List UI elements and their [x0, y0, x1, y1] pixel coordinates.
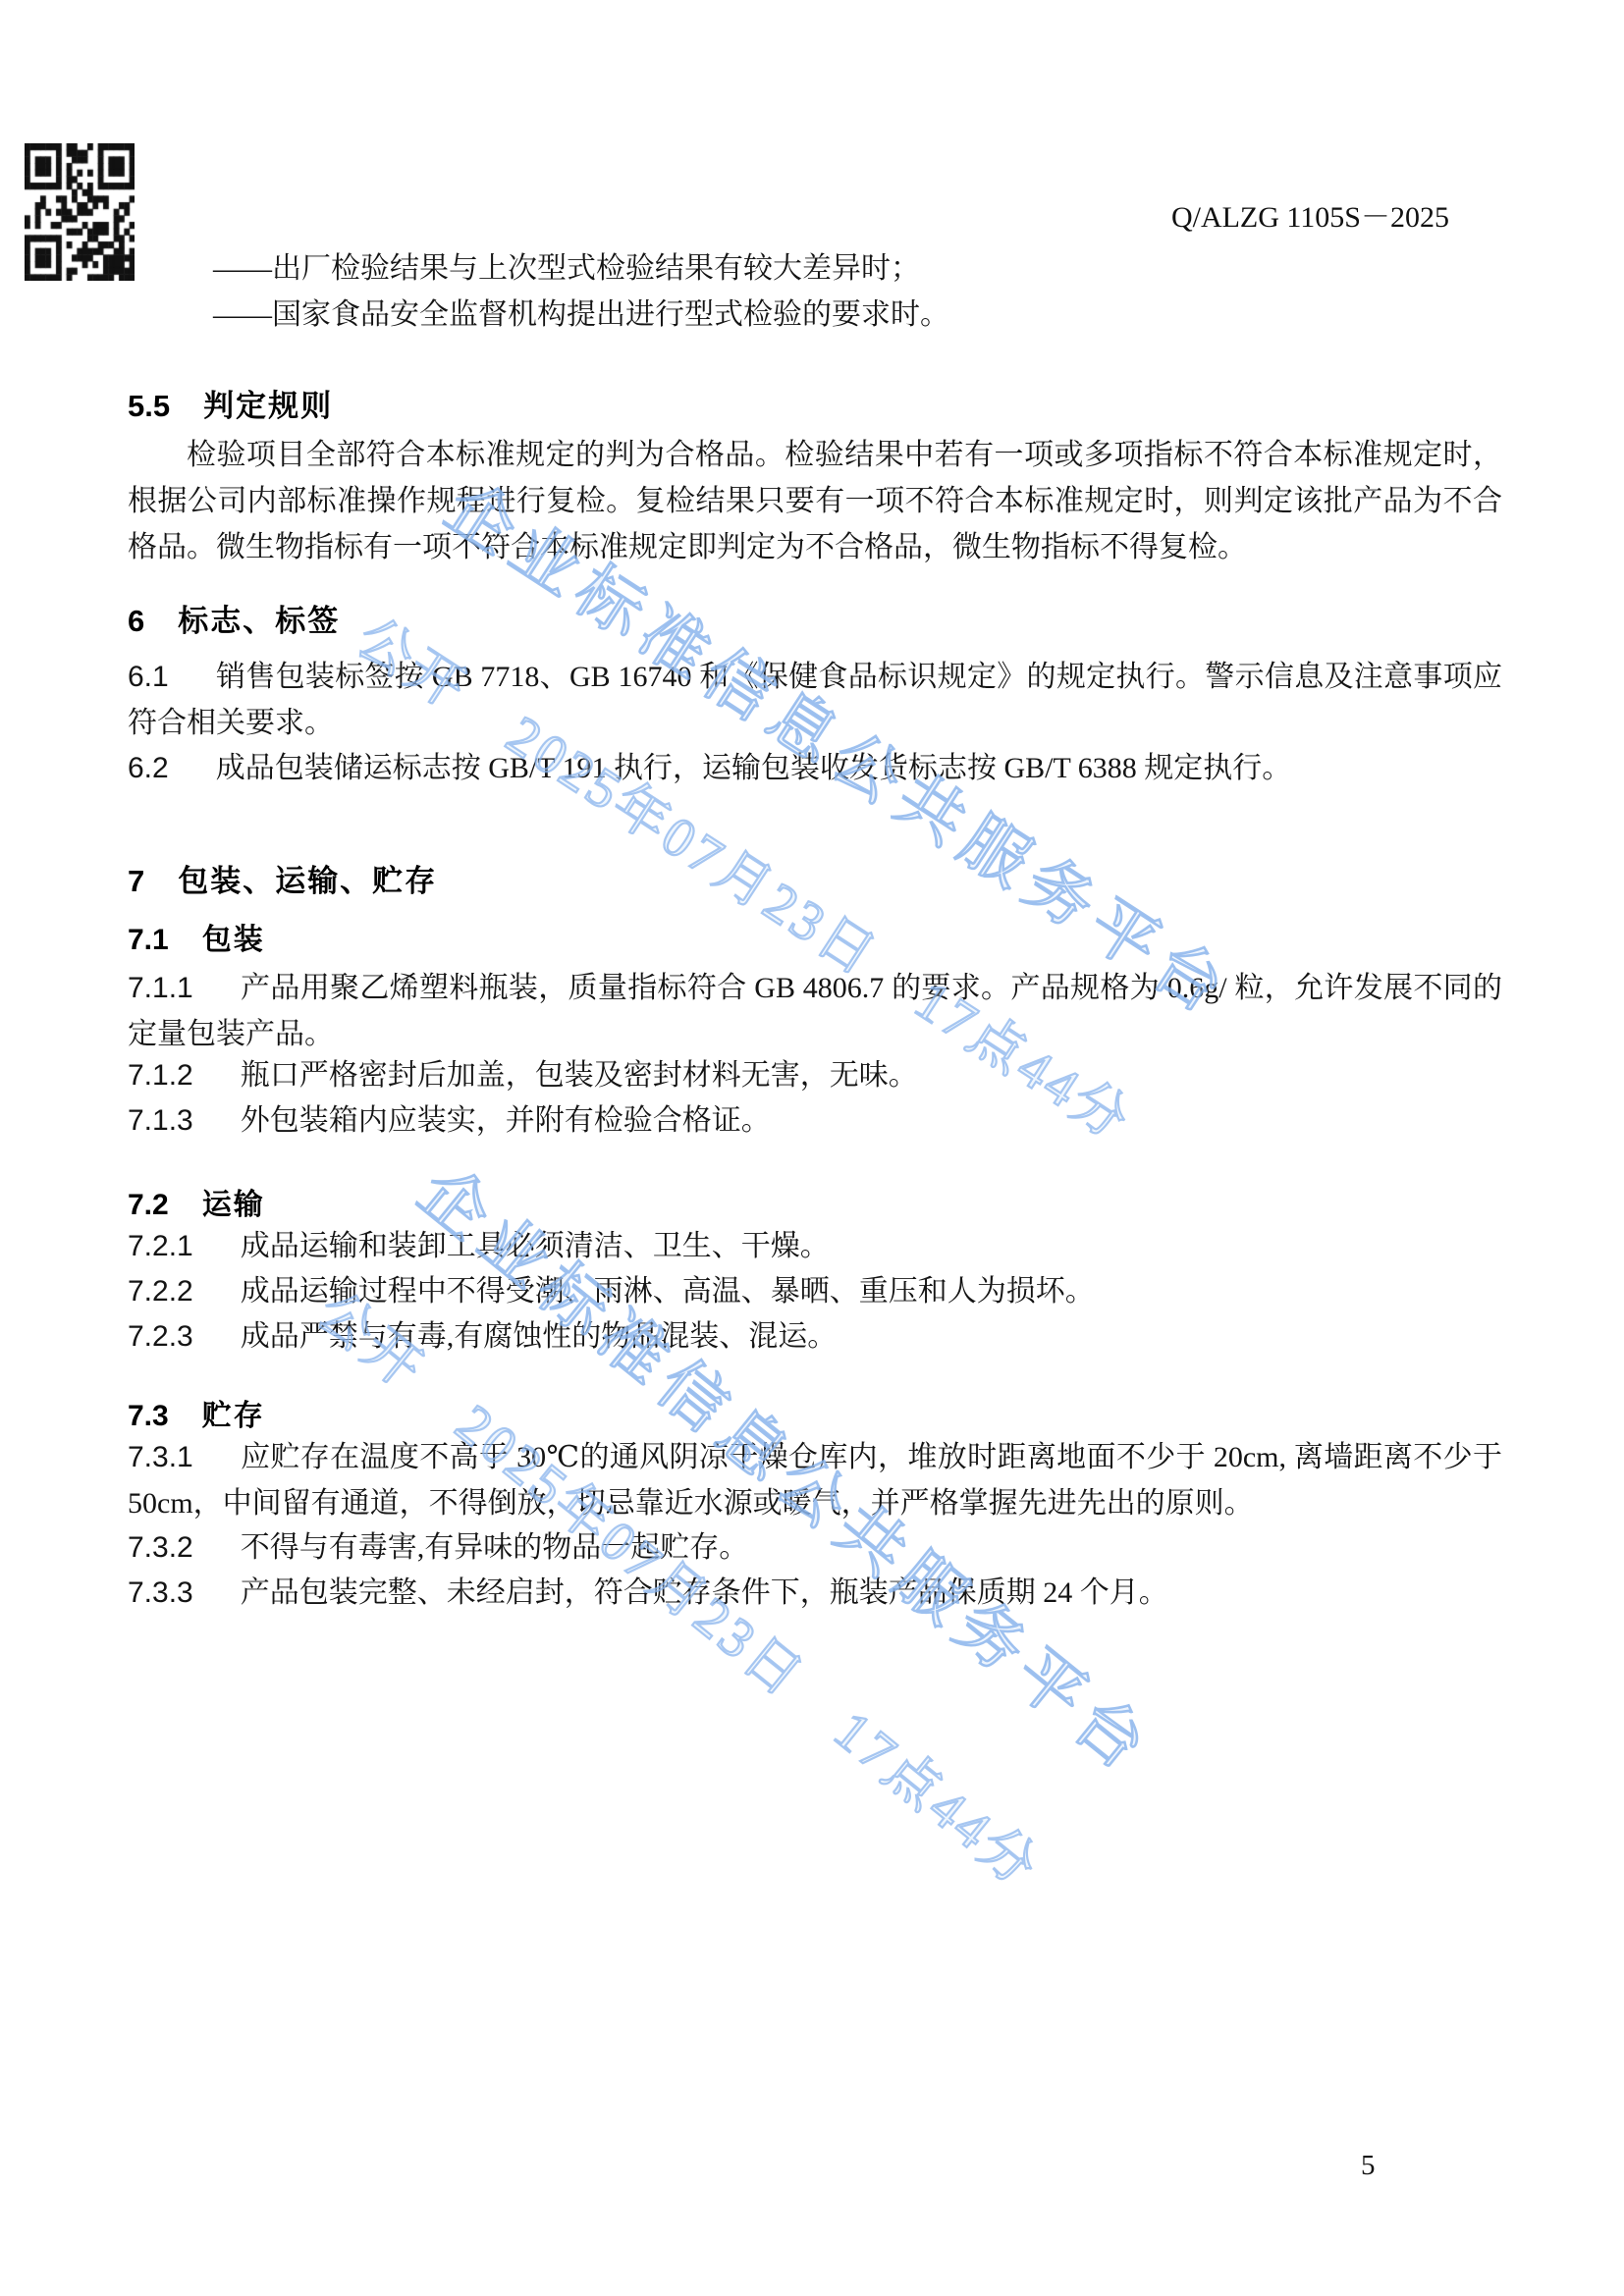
list-item: ——国家食品安全监督机构提出进行型式检验的要求时。	[213, 292, 1509, 338]
clause-6-1: 6.1销售包装标签按 GB 7718、GB 16740 和《保健食品标识规定》的…	[128, 654, 1502, 746]
type-test-condition-list: ——出厂检验结果与上次型式检验结果有较大差异时； ——国家食品安全监督机构提出进…	[213, 245, 1509, 338]
clause-number: 7.3.3	[128, 1576, 193, 1609]
clause-7-2-3: 7.2.3成品严禁与有毒,有腐蚀性的物品混装、混运。	[128, 1313, 1502, 1360]
heading-title: 运输	[202, 1189, 265, 1221]
clause-number: 7.1.3	[128, 1104, 193, 1137]
clause-text: 应贮存在温度不高于 30℃的通风阴凉干燥仓库内，堆放时距离地面不少于 20cm,…	[128, 1441, 1502, 1520]
clause-7-1-3: 7.1.3外包装箱内应装实，并附有检验合格证。	[128, 1097, 1502, 1144]
clause-6-2: 6.2成品包装储运标志按 GB/T 191 执行，运输包装收发货标志按 GB/T…	[128, 745, 1502, 791]
heading-number: 7.2	[128, 1189, 169, 1221]
heading-5-5: 5.5判定规则	[128, 381, 1502, 425]
heading-7-2: 7.2运输	[128, 1180, 1502, 1223]
document-page: Q/ALZG 1105S－2025 ——出厂检验结果与上次型式检验结果有较大差异…	[0, 0, 1624, 2296]
clause-number: 7.2.1	[128, 1230, 193, 1262]
clause-number: 7.2.2	[128, 1275, 193, 1308]
clause-number: 6.2	[128, 752, 169, 784]
clause-text: 成品严禁与有毒,有腐蚀性的物品混装、混运。	[241, 1320, 838, 1353]
heading-number: 5.5	[128, 389, 170, 423]
clause-7-1-1: 7.1.1产品用聚乙烯塑料瓶装，质量指标符合 GB 4806.7 的要求。产品规…	[128, 965, 1502, 1057]
doc-code: Q/ALZG 1105S－2025	[128, 192, 1449, 236]
clause-7-2-2: 7.2.2成品运输过程中不得受潮、雨淋、高温、暴晒、重压和人为损坏。	[128, 1268, 1502, 1314]
heading-title: 贮存	[202, 1400, 265, 1432]
heading-number: 6	[128, 604, 144, 638]
list-item: ——出厂检验结果与上次型式检验结果有较大差异时；	[213, 245, 1509, 292]
heading-title: 标志、标签	[178, 604, 340, 638]
qr-code-icon	[25, 143, 135, 281]
clause-text: 成品运输和装卸工具必须清洁、卫生、干燥。	[241, 1230, 830, 1262]
clause-text: 成品包装储运标志按 GB/T 191 执行，运输包装收发货标志按 GB/T 63…	[216, 752, 1292, 784]
clause-7-3-2: 7.3.2不得与有毒害,有异味的物品一起贮存。	[128, 1524, 1502, 1571]
clause-number: 7.3.2	[128, 1531, 193, 1564]
heading-number: 7	[128, 864, 144, 898]
page-number: 5	[1361, 2150, 1376, 2182]
heading-title: 包装	[202, 924, 265, 956]
clause-7-3-1: 7.3.1应贮存在温度不高于 30℃的通风阴凉干燥仓库内，堆放时距离地面不少于 …	[128, 1434, 1502, 1526]
clause-7-2-1: 7.2.1成品运输和装卸工具必须清洁、卫生、干燥。	[128, 1223, 1502, 1269]
heading-title: 判定规则	[203, 389, 333, 423]
clause-text: 销售包装标签按 GB 7718、GB 16740 和《保健食品标识规定》的规定执…	[128, 661, 1502, 739]
heading-7-3: 7.3贮存	[128, 1391, 1502, 1434]
clause-text: 瓶口严格密封后加盖，包装及密封材料无害，无味。	[241, 1059, 918, 1092]
clause-text: 成品运输过程中不得受潮、雨淋、高温、暴晒、重压和人为损坏。	[241, 1275, 1095, 1308]
heading-7: 7包装、运输、贮存	[128, 856, 1502, 900]
clause-7-3-3: 7.3.3产品包装完整、未经启封，符合贮存条件下，瓶装产品保质期 24 个月。	[128, 1570, 1502, 1616]
heading-6: 6标志、标签	[128, 596, 1502, 640]
clause-number: 7.2.3	[128, 1320, 193, 1353]
heading-title: 包装、运输、贮存	[178, 864, 437, 898]
heading-number: 7.1	[128, 924, 169, 956]
clause-7-1-2: 7.1.2瓶口严格密封后加盖，包装及密封材料无害，无味。	[128, 1052, 1502, 1098]
clause-number: 7.1.1	[128, 972, 193, 1004]
clause-number: 7.1.2	[128, 1059, 193, 1092]
clause-number: 7.3.1	[128, 1441, 193, 1473]
heading-number: 7.3	[128, 1400, 169, 1432]
clause-number: 6.1	[128, 661, 169, 693]
clause-text: 不得与有毒害,有异味的物品一起贮存。	[241, 1531, 749, 1564]
clause-text: 产品包装完整、未经启封，符合贮存条件下，瓶装产品保质期 24 个月。	[241, 1576, 1168, 1609]
heading-7-1: 7.1包装	[128, 915, 1502, 958]
clause-text: 外包装箱内应装实，并附有检验合格证。	[241, 1104, 771, 1137]
clause-text: 产品用聚乙烯塑料瓶装，质量指标符合 GB 4806.7 的要求。产品规格为 0.…	[128, 972, 1502, 1050]
paragraph-5-5: 检验项目全部符合本标准规定的判为合格品。检验结果中若有一项或多项指标不符合本标准…	[128, 432, 1502, 570]
